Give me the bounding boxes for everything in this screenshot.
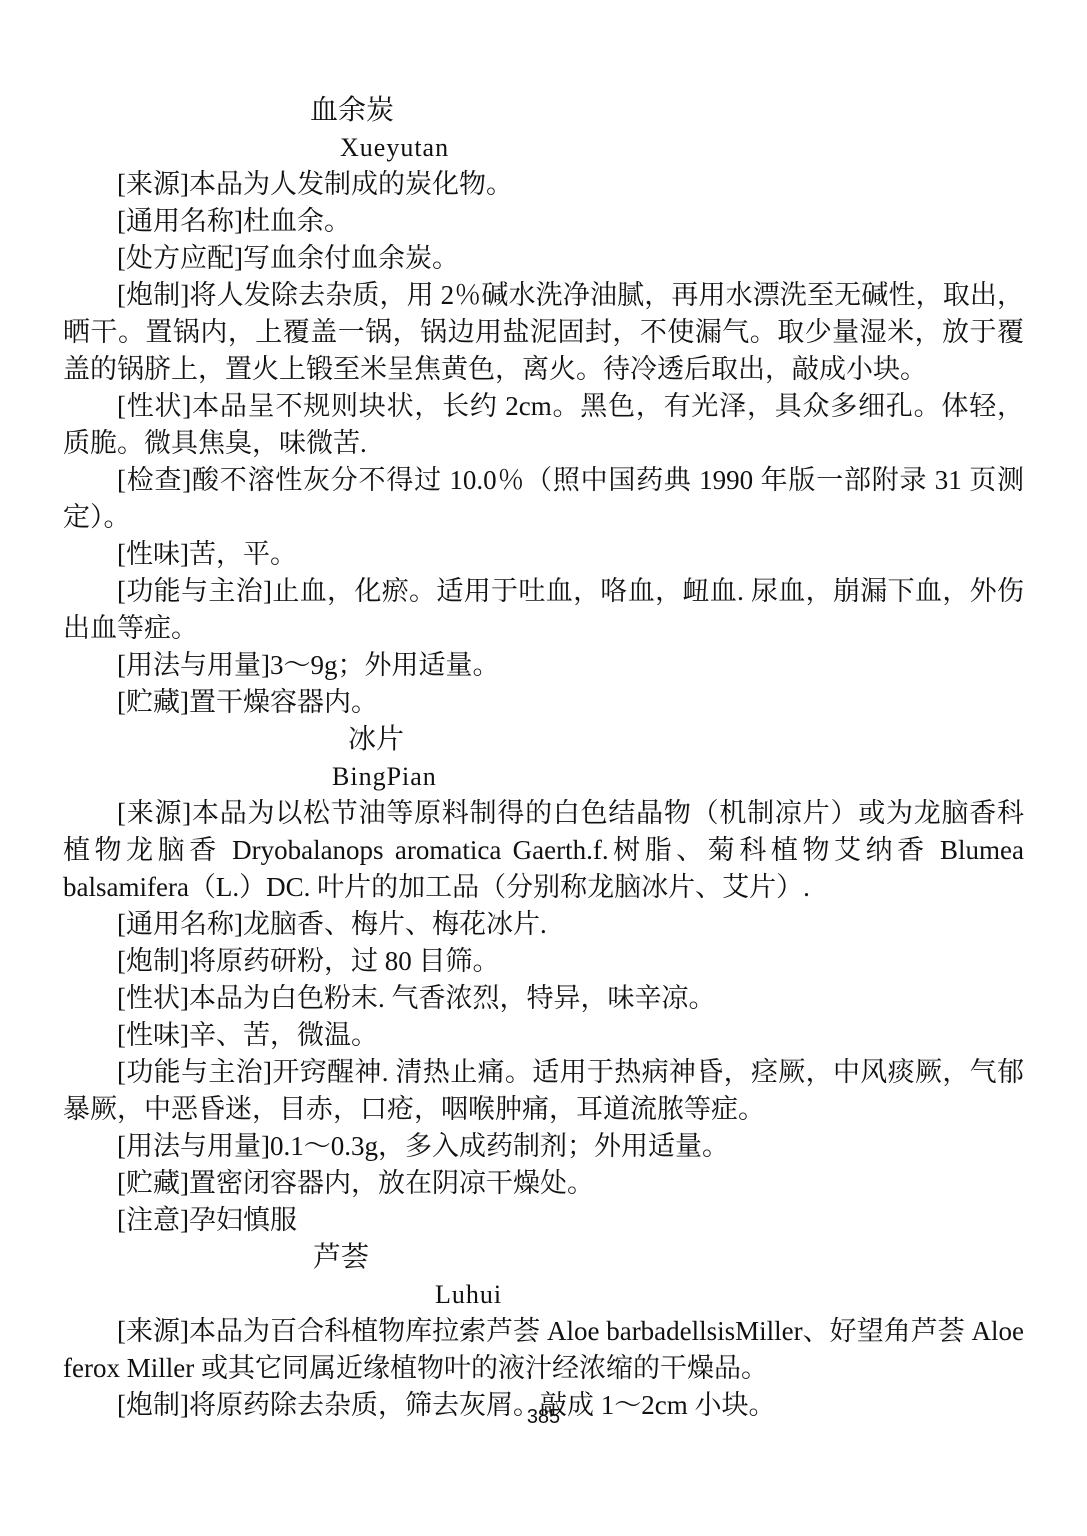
document-page: 血余炭 Xueyutan [来源]本品为人发制成的炭化物。 [通用名称]杜血余。… xyxy=(0,0,1087,1536)
para-processing: [炮制]将原药研粉，过 80 目筛。 xyxy=(63,943,1024,980)
section-luhui: 芦荟 Luhui [来源]本品为百合科植物库拉索芦荟 Aloe barbadel… xyxy=(63,1239,1024,1424)
para-functions-indications: [功能与主治]止血，化瘀。适用于吐血，咯血，衄血. 尿血，崩漏下血，外伤出血等症… xyxy=(63,573,1024,647)
para-processing: [炮制]将人发除去杂质，用 2％碱水洗净油腻，再用水漂洗至无碱性，取出，晒干。置… xyxy=(63,277,1024,388)
page-content: 血余炭 Xueyutan [来源]本品为人发制成的炭化物。 [通用名称]杜血余。… xyxy=(0,0,1087,1424)
section-title-cn: 芦荟 xyxy=(313,1239,1024,1276)
para-storage: [贮藏]置干燥容器内。 xyxy=(63,684,1024,721)
para-storage: [贮藏]置密闭容器内，放在阴凉干燥处。 xyxy=(63,1165,1024,1202)
para-common-name: [通用名称]杜血余。 xyxy=(63,203,1024,240)
page-number: 385 xyxy=(0,1406,1087,1429)
para-dosage: [用法与用量]3～9g；外用适量。 xyxy=(63,647,1024,684)
section-title-cn: 血余炭 xyxy=(310,92,1024,129)
para-source: [来源]本品为人发制成的炭化物。 xyxy=(63,166,1024,203)
section-title-cn: 冰片 xyxy=(348,721,1024,758)
para-functions-indications: [功能与主治]开窍醒神. 清热止痛。适用于热病神昏，痉厥，中风痰厥，气郁暴厥，中… xyxy=(63,1054,1024,1128)
section-title-pinyin: Luhui xyxy=(435,1276,1024,1313)
para-source: [来源]本品为百合科植物库拉索芦荟 Aloe barbadellsisMille… xyxy=(63,1313,1024,1387)
section-xueyutan: 血余炭 Xueyutan [来源]本品为人发制成的炭化物。 [通用名称]杜血余。… xyxy=(63,92,1024,721)
para-description: [性状]本品呈不规则块状，长约 2cm。黑色，有光泽，具众多细孔。体轻，质脆。微… xyxy=(63,388,1024,462)
para-caution: [注意]孕妇慎服 xyxy=(63,1202,1024,1239)
para-source: [来源]本品为以松节油等原料制得的白色结晶物（机制凉片）或为龙脑香科植物龙脑香 … xyxy=(63,795,1024,906)
para-taste-property: [性味]苦，平。 xyxy=(63,536,1024,573)
para-examination: [检查]酸不溶性灰分不得过 10.0％（照中国药典 1990 年版一部附录 31… xyxy=(63,462,1024,536)
section-title-pinyin: BingPian xyxy=(332,758,1024,795)
para-prescription-dispensing: [处方应配]写血余付血余炭。 xyxy=(63,240,1024,277)
para-description: [性状]本品为白色粉末. 气香浓烈，特异，味辛凉。 xyxy=(63,980,1024,1017)
para-dosage: [用法与用量]0.1～0.3g，多入成药制剂；外用适量。 xyxy=(63,1128,1024,1165)
section-title-pinyin: Xueyutan xyxy=(340,129,1024,166)
para-taste-property: [性味]辛、苦，微温。 xyxy=(63,1017,1024,1054)
section-bingpian: 冰片 BingPian [来源]本品为以松节油等原料制得的白色结晶物（机制凉片）… xyxy=(63,721,1024,1239)
para-common-name: [通用名称]龙脑香、梅片、梅花冰片. xyxy=(63,906,1024,943)
